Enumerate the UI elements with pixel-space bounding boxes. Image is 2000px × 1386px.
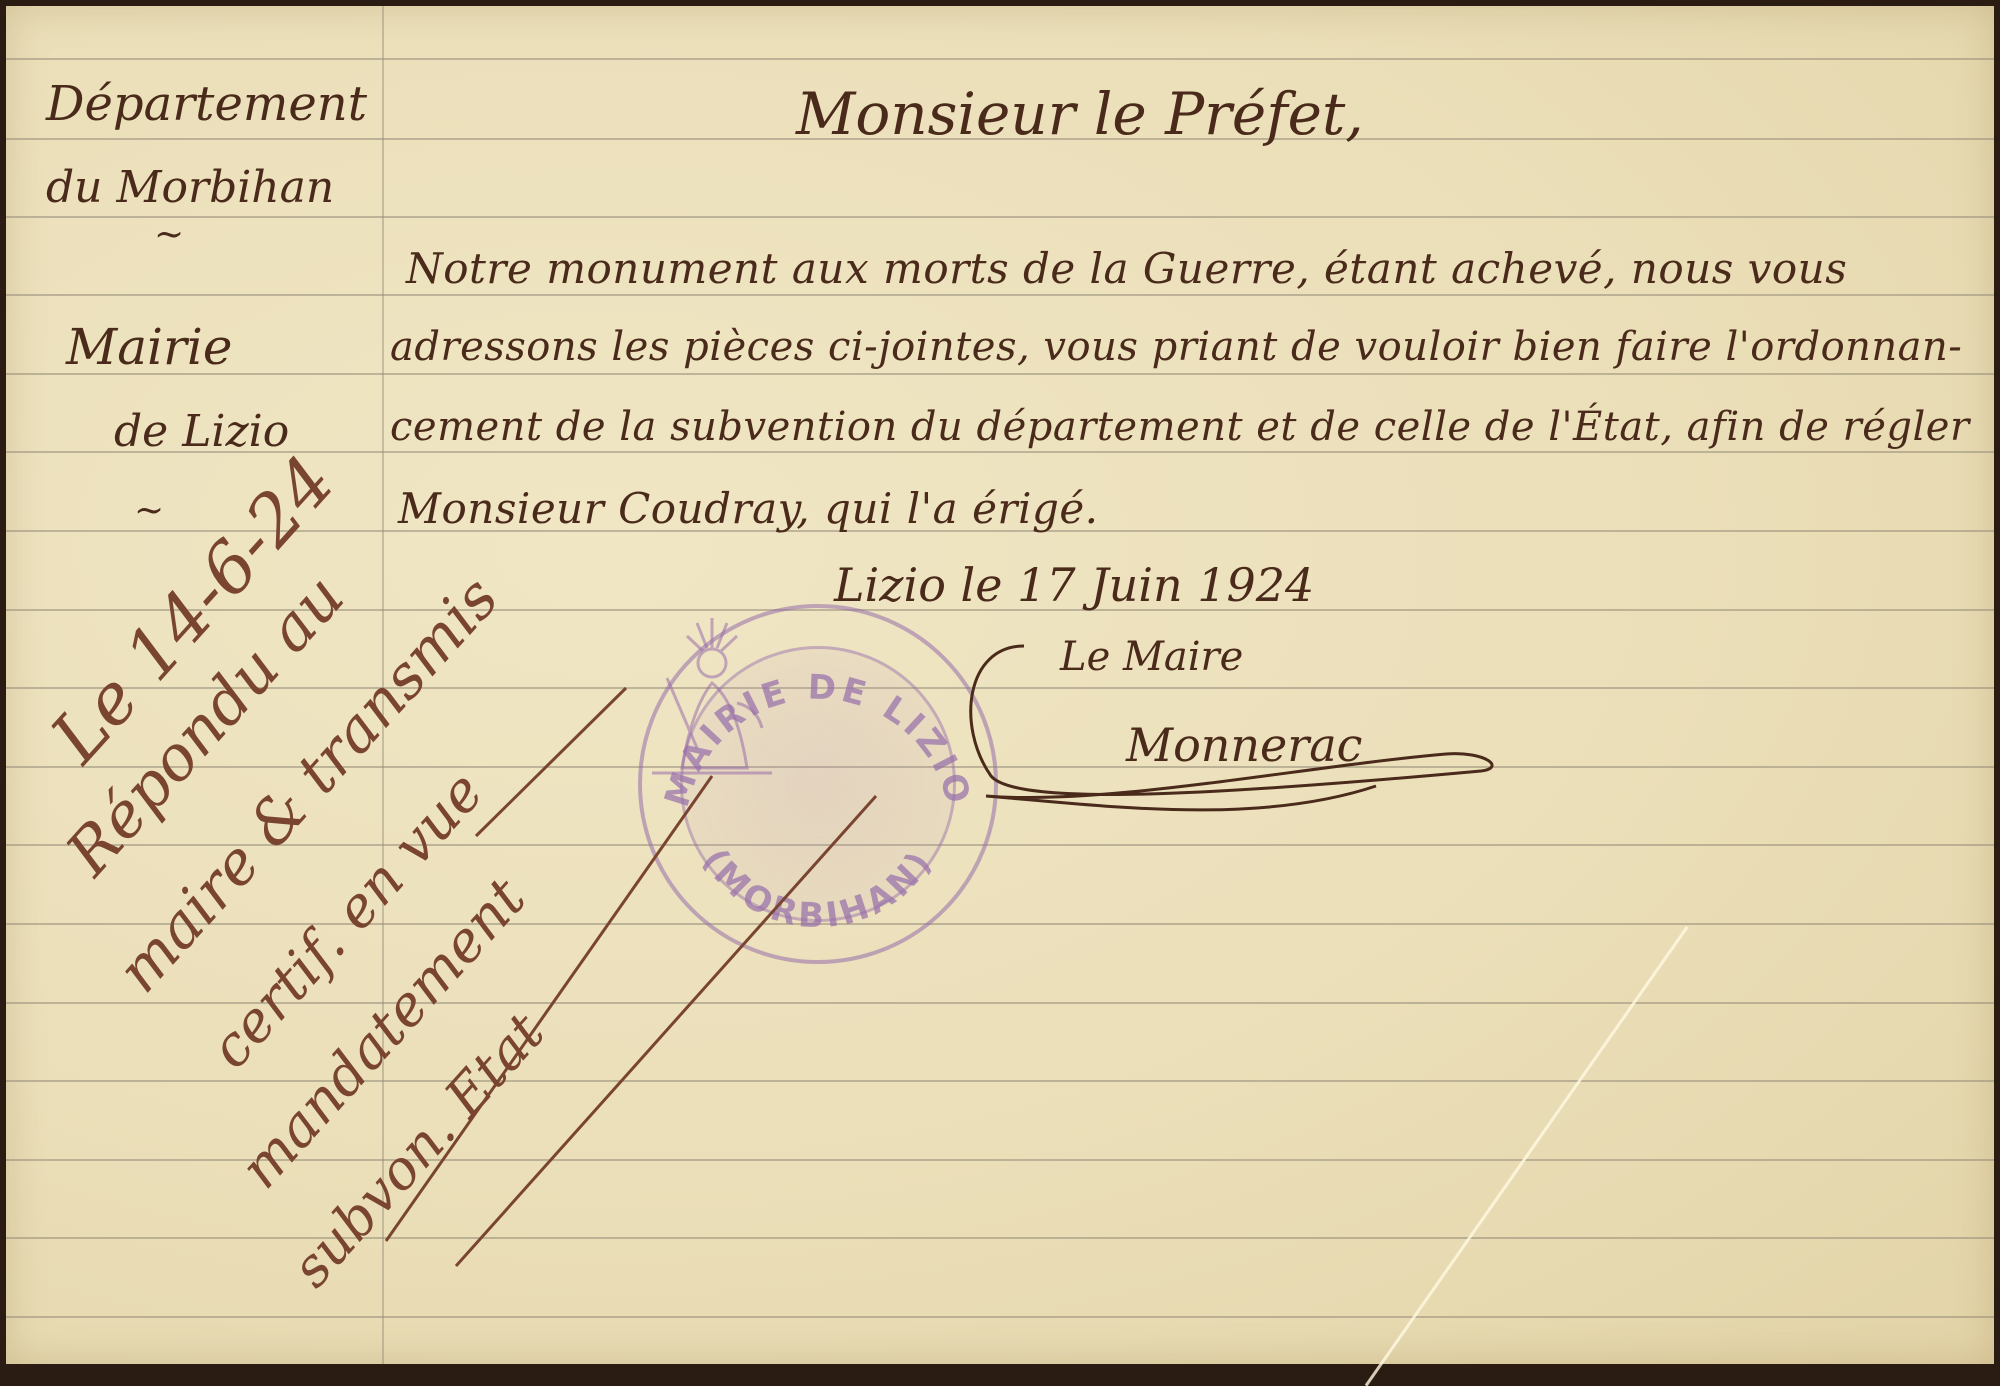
diagonal-stroke xyxy=(476,688,626,836)
body-line-2: adressons les pièces ci-jointes, vous pr… xyxy=(390,324,1962,370)
margin-department: Département xyxy=(46,76,367,132)
signatory-title: Le Maire xyxy=(1060,634,1243,680)
body-line-4: Monsieur Coudray, qui l'a érigé. xyxy=(398,484,1099,533)
place-date: Lizio le 17 Juin 1924 xyxy=(834,558,1314,612)
body-line-1: Notre monument aux morts de la Guerre, é… xyxy=(406,244,1847,293)
ruled-line xyxy=(6,687,1994,689)
margin-separator: ~ xyxy=(134,490,164,531)
margin-department-name: du Morbihan xyxy=(46,162,334,213)
mairie-stamp: MAIRIE DE LIZIO (MORBIHAN) xyxy=(638,604,998,964)
ruled-line xyxy=(6,451,1994,453)
margin-mairie: Mairie xyxy=(66,318,232,376)
paper-fold-crease xyxy=(1365,926,1689,1364)
ruled-line xyxy=(6,216,1994,218)
svg-text:(MORBIHAN): (MORBIHAN) xyxy=(694,842,941,937)
margin-separator: ~ xyxy=(154,214,184,255)
ruled-line xyxy=(6,844,1994,846)
salutation: Monsieur le Préfet, xyxy=(796,80,1364,148)
marianne-emblem-icon xyxy=(642,608,782,778)
ruled-line xyxy=(6,373,1994,375)
margin-commune: de Lizio xyxy=(114,406,289,457)
letter-sheet: Département du Morbihan ~ Mairie de Lizi… xyxy=(6,6,1994,1364)
ruled-line xyxy=(6,58,1994,60)
ruled-line xyxy=(6,1316,1994,1318)
signature: Monnerac xyxy=(1126,718,1362,772)
ruled-line xyxy=(6,294,1994,296)
body-line-3: cement de la subvention du département e… xyxy=(390,404,1970,450)
stamp-bottom-text: (MORBIHAN) xyxy=(694,842,941,937)
